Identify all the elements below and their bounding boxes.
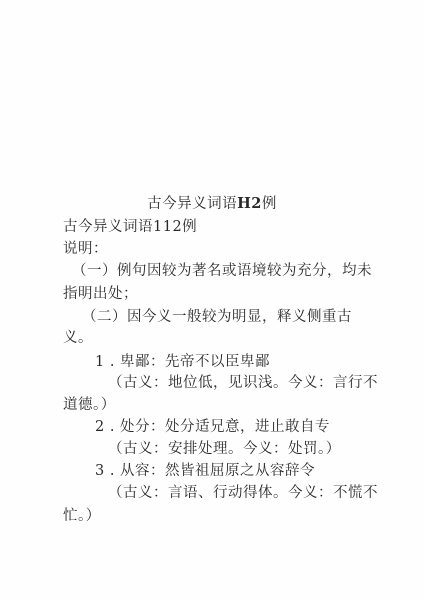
note-one: （一）例句因较为著名或语境较为充分，均未 [72,261,372,281]
entry-2-term: 2 . 处分：处分适兄意，进止敢自专 [95,417,330,437]
title-prefix: 古今异义词语 [147,196,237,212]
explanation-heading: 说明： [63,239,108,259]
document-page: 古今异义词语H2例 古今异义词语112例 说明： （一）例句因较为著名或语境较为… [0,0,424,600]
entry-1-term: 1 . 卑鄙：先帝不以臣卑鄙 [95,352,270,372]
entry-3-meaning: （古义：言语、行动得体。今义：不慌不 [108,483,378,503]
title-suffix: 例 [262,196,277,212]
entry-3-meaning-cont: 忙。） [63,506,101,526]
note-two-cont: 义。 [63,328,93,348]
note-two: （二）因今义一般较为明显，释义侧重古 [82,307,352,327]
subtitle: 古今异义词语112例 [63,217,197,237]
note-one-cont: 指明出处； [63,284,138,304]
entry-1-meaning: （古义：地位低，见识浅。今义：言行不 [108,373,378,393]
title-bold-number: H2 [237,195,262,212]
entry-1-meaning-cont: 道德。） [63,395,116,415]
document-title: 古今异义词语H2例 [0,194,424,214]
entry-3-term: 3 . 从容：然皆祖屈原之从容辞令 [95,461,315,481]
entry-2-meaning: （古义：安排处理。今义：处罚。） [108,439,341,459]
